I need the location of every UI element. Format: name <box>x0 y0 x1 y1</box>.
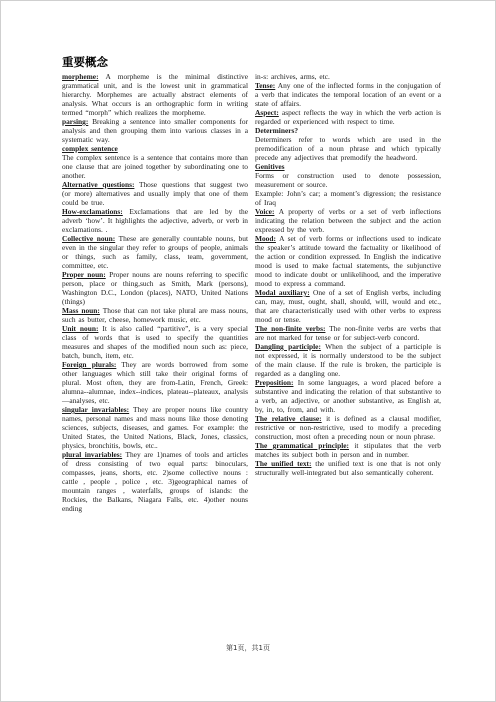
entry-term: Unit noun: <box>62 324 98 333</box>
entry-term: complex sentence <box>62 144 248 153</box>
entry-text: Any one of the inflected forms in the co… <box>255 81 441 108</box>
entry-term: parsing: <box>62 117 88 126</box>
definition-entry: complex sentence The complex sentence is… <box>62 144 248 180</box>
entry-term: plural invariables: <box>62 450 122 459</box>
definition-entry: Genitives Forms or construction used to … <box>255 162 441 189</box>
definition-entry: Foreign plurals: They are words borrowed… <box>62 360 248 405</box>
definition-entry: in-s: archives, arms, etc. <box>255 72 441 81</box>
entry-term: Mass noun: <box>62 306 100 315</box>
definition-entry: Determiners? Determiners refer to words … <box>255 126 441 162</box>
page-title: 重要概念 <box>62 55 442 69</box>
entry-text: A property of verbs or a set of verb inf… <box>255 207 441 234</box>
definition-entry: Modal auxiliary: One of a set of English… <box>255 288 441 324</box>
entry-term: Dangling participle: <box>255 342 321 351</box>
entry-text: The complex sentence is a sentence that … <box>62 153 248 180</box>
entry-term: Mood: <box>255 234 276 243</box>
entry-term: Determiners? <box>255 126 441 135</box>
page-content: 重要概念 morpheme: A morpheme is the minimal… <box>62 55 442 513</box>
document-page: { "page": { "title": "重要概念", "footer": "… <box>0 0 496 702</box>
entry-text: aspect reflects the way in which the ver… <box>255 108 441 126</box>
page-number-footer: 第1页，共1页 <box>0 643 496 653</box>
entry-term: morpheme: <box>62 72 99 81</box>
entry-term: Foreign plurals: <box>62 360 116 369</box>
entry-text: Example: John’s car; a moment’s digressi… <box>255 189 441 207</box>
entry-term: Alternative questions: <box>62 180 134 189</box>
column-right: in-s: archives, arms, etc.Tense: Any one… <box>255 72 441 513</box>
definition-entry: Aspect: aspect reflects the way in which… <box>255 108 441 126</box>
entry-text: Breaking a sentence into smaller compone… <box>62 117 248 144</box>
entry-term: Genitives <box>255 162 441 171</box>
two-column-layout: morpheme: A morpheme is the minimal dist… <box>62 72 442 513</box>
definition-entry: Preposition: In some languages, a word p… <box>255 378 441 414</box>
entry-term: The non-finite verbs: <box>255 324 325 333</box>
definition-entry: The unified text: the unified text is on… <box>255 459 441 477</box>
definition-entry: parsing: Breaking a sentence into smalle… <box>62 117 248 144</box>
definition-entry: Unit noun: It is also called “partitive”… <box>62 324 248 360</box>
definition-entry: Voice: A property of verbs or a set of v… <box>255 207 441 234</box>
definition-entry: The relative clause: it is defined as a … <box>255 414 441 441</box>
entry-term: Collective noun: <box>62 234 115 243</box>
definition-entry: morpheme: A morpheme is the minimal dist… <box>62 72 248 117</box>
definition-entry: Collective noun: These are generally cou… <box>62 234 248 270</box>
entry-term: Tense: <box>255 81 275 90</box>
definition-entry: How-exclamations: Exclamations that are … <box>62 207 248 234</box>
entry-text: in-s: archives, arms, etc. <box>255 72 330 81</box>
definition-entry: singular invariables: They are proper no… <box>62 405 248 450</box>
definition-entry: Tense: Any one of the inflected forms in… <box>255 81 441 108</box>
entry-term: Modal auxiliary: <box>255 288 310 297</box>
entry-term: The grammatical principle: <box>255 441 349 450</box>
definition-entry: Proper noun: Proper nouns are nouns refe… <box>62 270 248 306</box>
entry-text: Forms or construction used to denote pos… <box>255 171 441 189</box>
entry-term: Proper noun: <box>62 270 106 279</box>
definition-entry: Mass noun: Those that can not take plura… <box>62 306 248 324</box>
definition-entry: The grammatical principle: it stipulates… <box>255 441 441 459</box>
entry-term: singular invariables: <box>62 405 129 414</box>
column-left: morpheme: A morpheme is the minimal dist… <box>62 72 248 513</box>
entry-text: Determiners refer to words which are use… <box>255 135 441 162</box>
entry-term: Aspect: <box>255 108 279 117</box>
definition-entry: The non-finite verbs: The non-finite ver… <box>255 324 441 342</box>
entry-term: The unified text: <box>255 459 311 468</box>
entry-term: The relative clause: <box>255 414 322 423</box>
definition-entry: Alternative questions: Those questions t… <box>62 180 248 207</box>
definition-entry: Mood: A set of verb forms or inflections… <box>255 234 441 288</box>
entry-text: A set of verb forms or inflections used … <box>255 234 441 288</box>
entry-term: Preposition: <box>255 378 293 387</box>
definition-entry: Example: John’s car; a moment’s digressi… <box>255 189 441 207</box>
definition-entry: plural invariables: They are 1)names of … <box>62 450 248 513</box>
entry-text: They are 1)names of tools and articles o… <box>62 450 248 513</box>
definition-entry: Dangling participle: When the subject of… <box>255 342 441 378</box>
entry-term: Voice: <box>255 207 274 216</box>
entry-term: How-exclamations: <box>62 207 123 216</box>
